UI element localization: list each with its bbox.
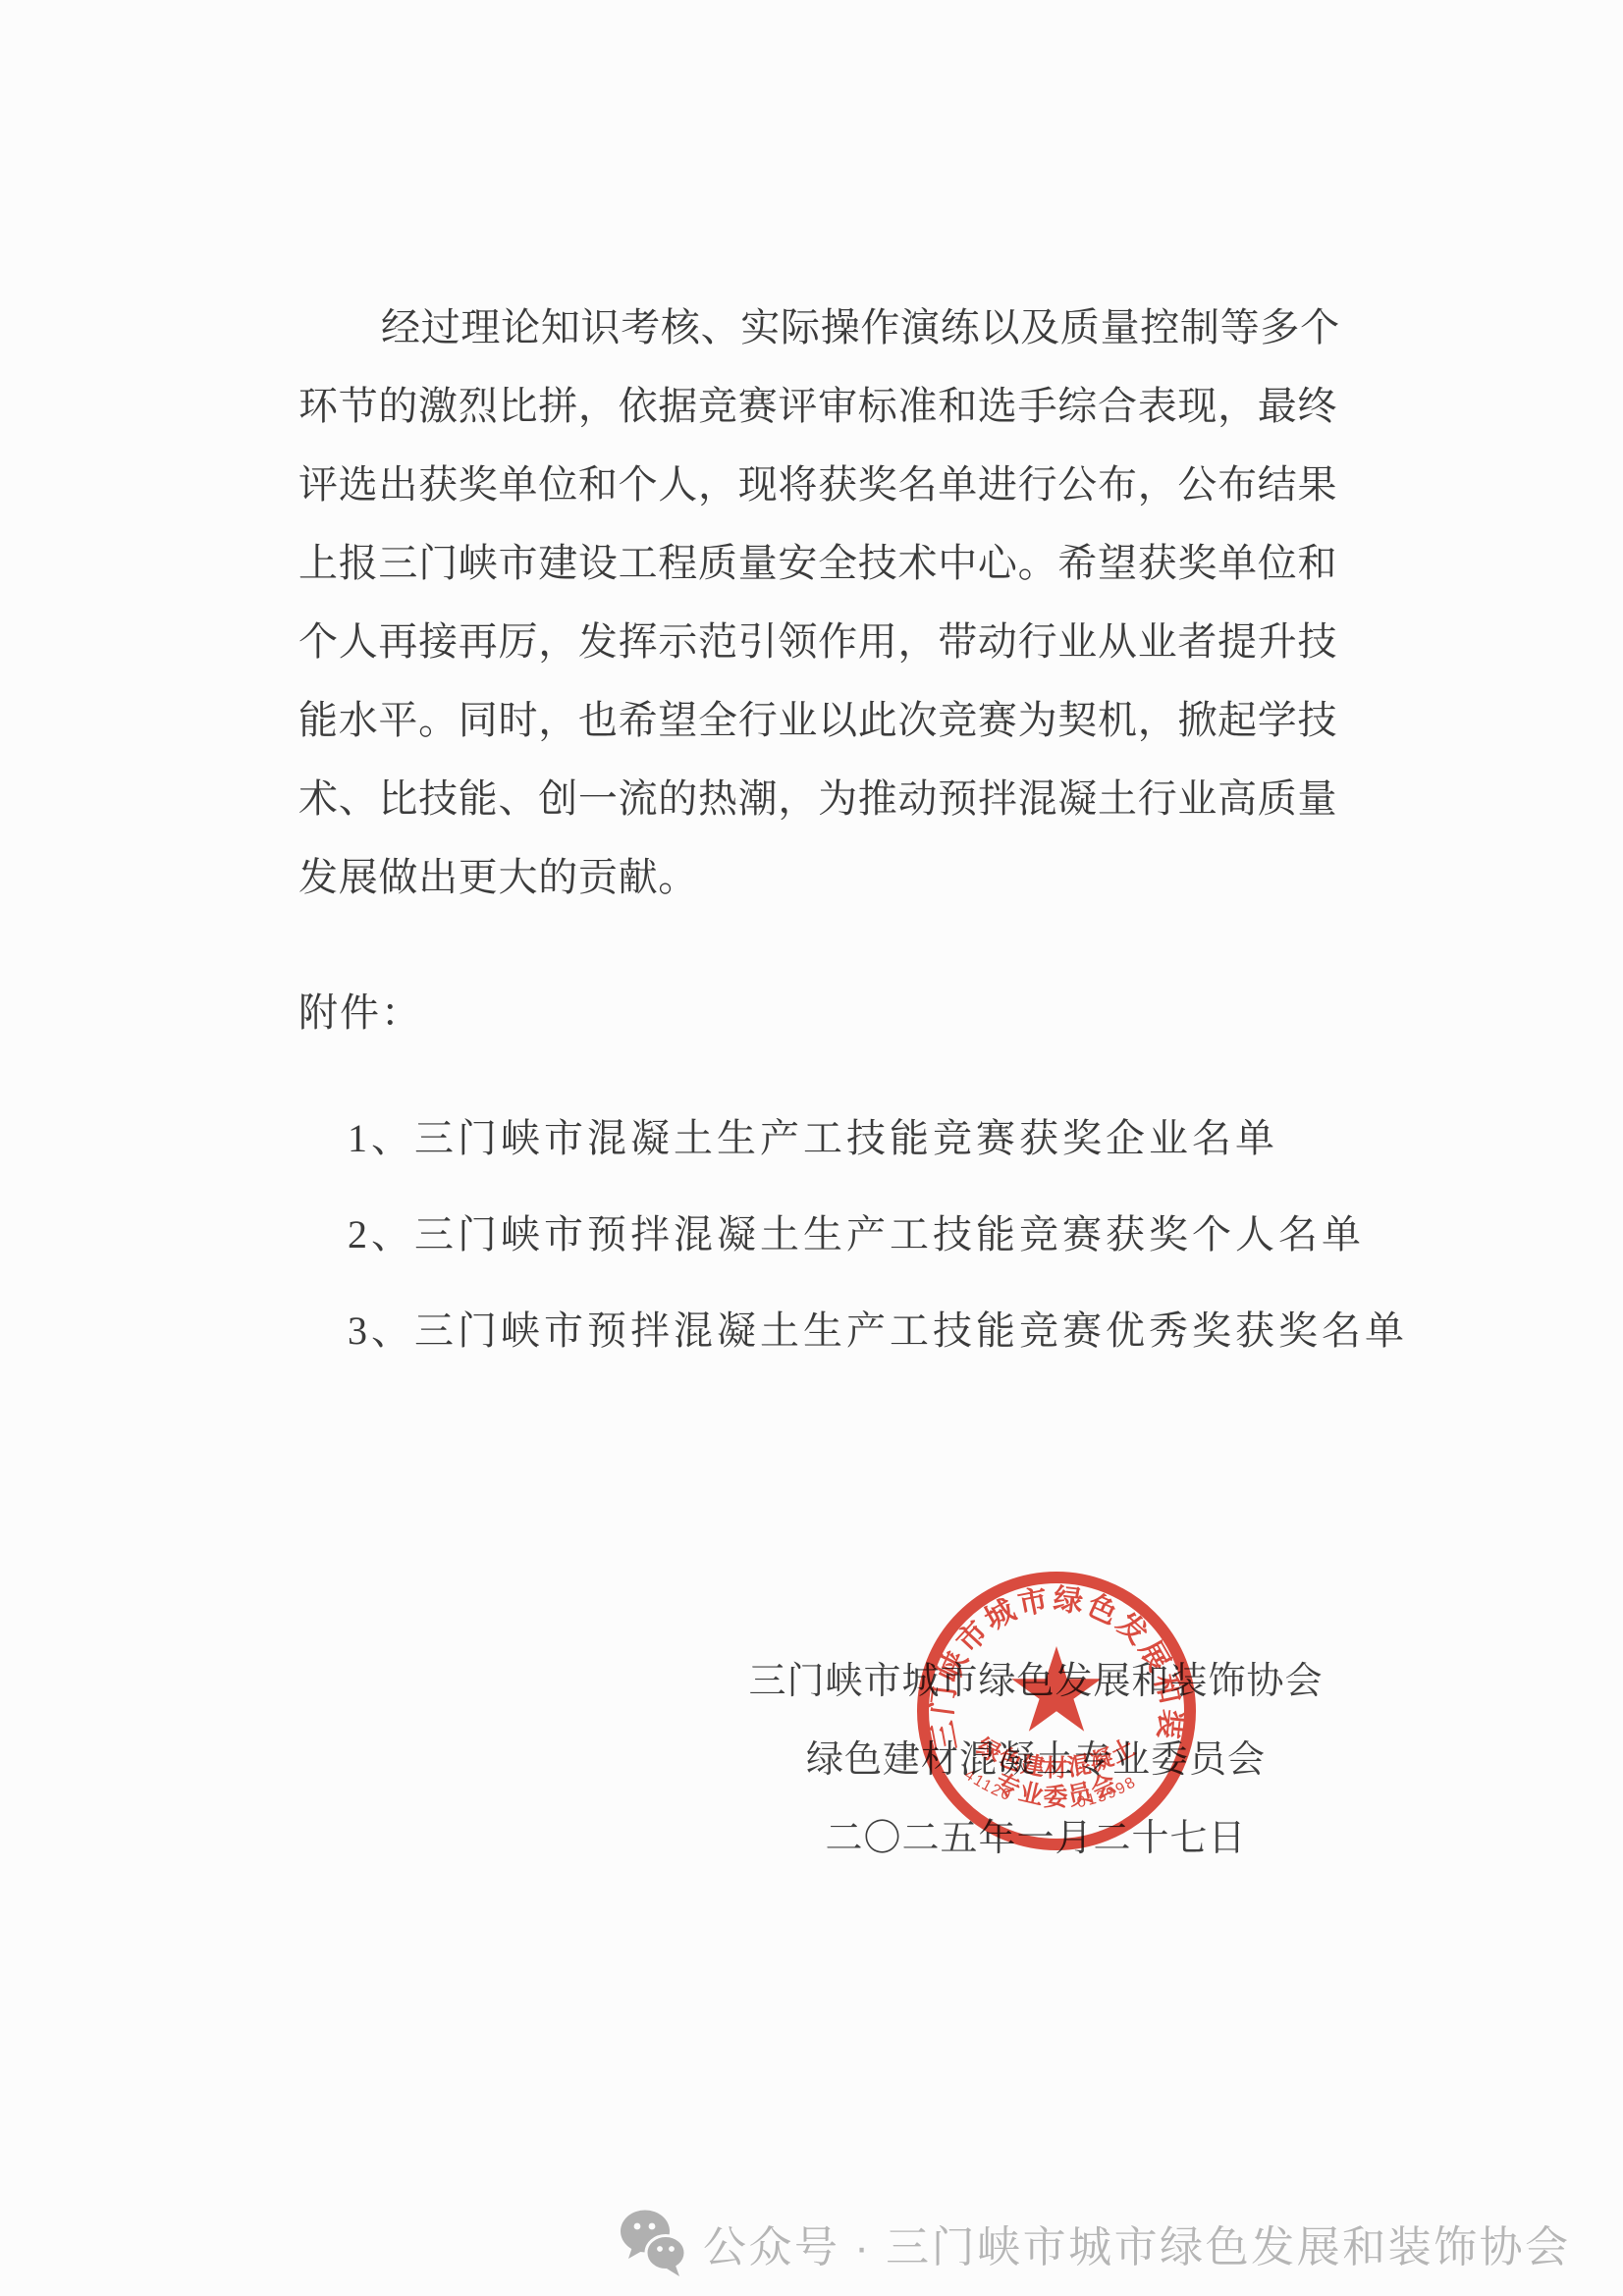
paragraph-line: 经过理论知识考核、实际操作演练以及质量控制等多个 — [298, 289, 1337, 367]
paragraph-line: 上报三门峡市建设工程质量安全技术中心。希望获奖单位和 — [298, 524, 1337, 603]
signature-org-line1: 三门峡市城市绿色发展和装饰协会 — [687, 1642, 1384, 1721]
paragraph-line: 发展做出更大的贡献。 — [298, 838, 1337, 917]
paragraph-line: 环节的激烈比拼，依据竞赛评审标准和选手综合表现，最终 — [298, 367, 1337, 446]
footer: 公众号 · 三门峡市城市绿色发展和装饰协会 — [619, 2199, 1571, 2287]
signature-date: 二〇二五年一月二十七日 — [687, 1799, 1384, 1878]
notice-body-paragraph: 经过理论知识考核、实际操作演练以及质量控制等多个 环节的激烈比拼，依据竞赛评审标… — [298, 289, 1337, 917]
scanned-notice-page: 经过理论知识考核、实际操作演练以及质量控制等多个 环节的激烈比拼，依据竞赛评审标… — [0, 0, 1623, 2296]
signature-org-line2: 绿色建材混凝土专业委员会 — [687, 1721, 1384, 1799]
paragraph-line: 能水平。同时，也希望全行业以此次竞赛为契机，掀起学技 — [298, 681, 1337, 760]
footer-account-text: 公众号 · 三门峡市城市绿色发展和装饰协会 — [703, 2212, 1571, 2274]
paragraph-line: 评选出获奖单位和个人，现将获奖名单进行公布，公布结果 — [298, 446, 1337, 524]
attachment-item-2: 2、三门峡市预拌混凝土生产工技能竞赛获奖个人名单 — [348, 1203, 1365, 1259]
attachment-label: 附件： — [298, 982, 422, 1038]
signature-block: 三门峡市城市绿色发展和装饰协会 绿色建材混凝土专业委员会 二〇二五年一月二十七日 — [687, 1642, 1384, 1878]
paragraph-line: 术、比技能、创一流的热潮，为推动预拌混凝土行业高质量 — [298, 760, 1337, 838]
paragraph-line: 个人再接再厉，发挥示范引领作用，带动行业从业者提升技 — [298, 603, 1337, 681]
wechat-icon — [619, 2206, 689, 2280]
attachment-item-3: 3、三门峡市预拌混凝土生产工技能竞赛优秀奖获奖名单 — [348, 1300, 1408, 1356]
attachment-item-1: 1、三门峡市混凝土生产工技能竞赛获奖企业名单 — [348, 1107, 1278, 1163]
